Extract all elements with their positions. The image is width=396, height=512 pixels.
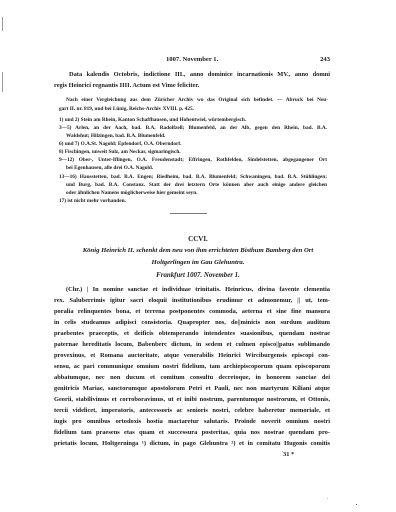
- footnote: 1) und 2) Stein am Rhein, Kanton Schaffh…: [59, 117, 327, 123]
- body-line: fidelium tam praesens etas quam et succe…: [54, 429, 330, 436]
- body-line: paternae hereditatis locum, Babenberc di…: [54, 341, 330, 348]
- footnote: 3—5) Arlen, an der Aach, bad. B.A. Radol…: [59, 125, 327, 131]
- footnote: 9—12) Ober-, Unter-Iflingen, O.A. Freude…: [59, 157, 327, 163]
- editorial-note: gart II. nr. 819, und bei Lünig, Reichs-…: [59, 106, 327, 112]
- signature-mark: 31 *: [283, 451, 294, 458]
- body-line: poralia relinquentes bona, et terrena po…: [54, 308, 330, 315]
- body-line: sensu, ac pari communique omnium nostri …: [54, 363, 330, 370]
- document-title-line: König Heinrich II. schenkt dem neu von i…: [0, 247, 396, 254]
- body-line: iugis pro omnibus ortodoxis hostia macta…: [54, 418, 330, 425]
- footnote: Waldshut; Hilzingen, bad. B.A. Blumenfel…: [66, 133, 327, 139]
- footnote: 17) ist nicht mehr vorhanden.: [59, 198, 327, 204]
- footnote: bei Egenhausen, alle drei O.A. Nagold.: [66, 165, 327, 171]
- body-line: tercii videlicet, imperatoris, antecesso…: [54, 407, 330, 414]
- body-line: provexinus, et Romana auctoritate, atque…: [54, 352, 330, 359]
- scan-speck: [282, 451, 283, 452]
- body-line: genitricis Mariae, sanctorumque apostolo…: [54, 385, 330, 392]
- running-head: 1007. November 1. 243: [54, 56, 330, 66]
- scan-edge-mark: [2, 17, 3, 31]
- document-number: CCVI.: [0, 235, 396, 243]
- closing-paragraph-line: Data kalendis Octobris, indictione III.,…: [69, 71, 330, 78]
- document-title-line: Holtgerlingen im Gau Glehuntra.: [0, 259, 396, 266]
- scan-speck: [327, 498, 328, 499]
- body-line: Georii, stabilivimus et corroboravimus, …: [54, 396, 330, 403]
- closing-paragraph-line: regis Heinrici regnantis IIII. Actum est…: [54, 82, 330, 89]
- editorial-note: Nach einer Vergleichung aus dem Züricher…: [66, 97, 328, 103]
- body-line: rex. Saluberrimis igitur sacri eloquii i…: [54, 297, 330, 304]
- body-line: (Chr.) | In nomine sanctae et individuae…: [66, 286, 330, 293]
- scan-speck: [356, 504, 357, 505]
- footnote: 8) Fischingen, unweit Sulz, am Neckar, s…: [59, 149, 327, 155]
- footnote: oder ähnlichen Namens möglicherweise hie…: [66, 190, 327, 196]
- footnote: und Burg, bad. B.A. Constanz. Statt der …: [66, 182, 327, 188]
- body-line: in celis studeamus adipisci consistoria.…: [54, 319, 330, 326]
- body-line: prietatis locum, Holtgerninga ¹) dictum,…: [54, 440, 330, 447]
- page-number: 243: [320, 56, 330, 63]
- body-line: praebentes praeceptis, et deificis obtem…: [54, 330, 330, 337]
- footnote: 6) und 7) O.A.St. Nagold; Epfendorf, O.A…: [59, 141, 327, 147]
- document-page: 1007. November 1. 243 Data kalendis Octo…: [0, 0, 396, 512]
- scan-edge-mark: [2, 72, 3, 92]
- running-head-date: 1007. November 1.: [166, 56, 218, 63]
- section-separator: [170, 213, 207, 214]
- place-date: Frankfurt 1007. November 1.: [0, 272, 396, 279]
- body-line: abbatumque, nec non ducum et comitum con…: [54, 374, 330, 381]
- footnote: 13—16) Hausstetten, bad. B.A. Engen; Rie…: [59, 174, 327, 180]
